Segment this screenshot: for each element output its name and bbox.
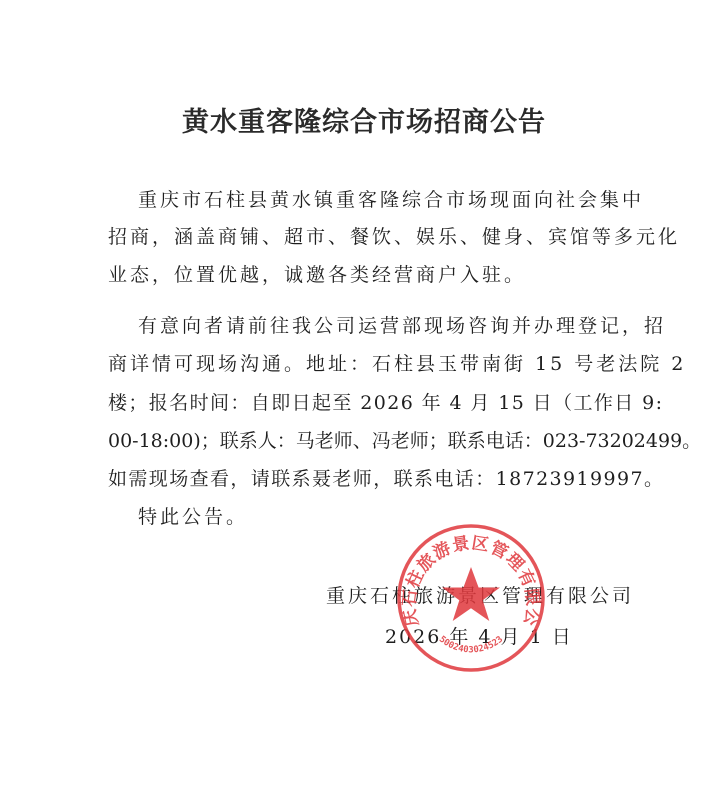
paragraph-1-line-1: 重庆市石柱县黄水镇重客隆综合市场现面向社会集中 [138,188,644,212]
announcement-page: 黄水重客隆综合市场招商公告 重庆市石柱县黄水镇重客隆综合市场现面向社会集中 招商… [0,0,728,810]
document-title: 黄水重客隆综合市场招商公告 [0,100,728,139]
paragraph-1-line-3: 业态，位置优越，诚邀各类经营商户入驻。 [108,263,526,287]
signature-date: 2026 年 4 月 1 日 [385,625,573,649]
seal-arc-text: 重庆石柱旅游景区管理有限公司 [396,523,543,628]
paragraph-2-line-2: 商详情可现场沟通。地址：石柱县玉带南街 15 号老法院 2 [108,352,686,376]
closing-text: 特此公告。 [138,505,248,529]
paragraph-2-line-4: 00-18:00)；联系人：马老师、冯老师；联系电话：023-73202499。 [108,429,701,453]
paragraph-2-line-3: 楼；报名时间：自即日起至 2026 年 4 月 15 日（工作日 9: [108,391,663,415]
paragraph-1-line-2: 招商，涵盖商铺、超市、餐饮、娱乐、健身、宾馆等多元化 [108,225,680,249]
paragraph-2-line-1: 有意向者请前往我公司运营部现场咨询并办理登记，招 [138,314,666,338]
signature-organization: 重庆石柱旅游景区管理有限公司 [326,584,634,608]
svg-text:重庆石柱旅游景区管理有限公司: 重庆石柱旅游景区管理有限公司 [396,523,543,628]
paragraph-2-line-5: 如需现场查看，请联系聂老师，联系电话：18723919997。 [108,467,664,491]
